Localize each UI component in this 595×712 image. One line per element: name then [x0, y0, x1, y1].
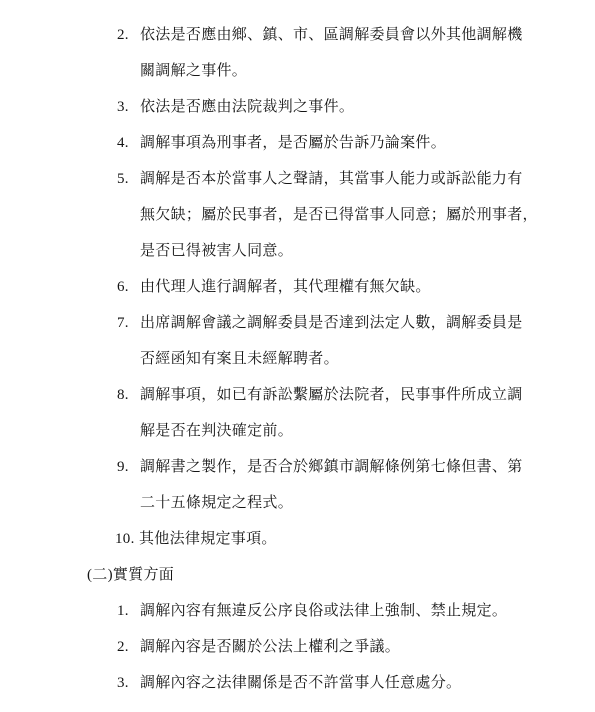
list-item: 5.調解是否本於當事人之聲請，其當事人能力或訴訟能力有 無欠缺；屬於民事者，是否… [0, 161, 595, 269]
item-number: 9. [117, 449, 140, 485]
item-text: 調解事項為刑事者，是否屬於告訴乃論案件。 [140, 135, 446, 151]
item-text: 調解是否本於當事人之聲請，其當事人能力或訴訟能力有 [140, 171, 523, 187]
item-text-continuation: 否經函知有案且未經解聘者。 [140, 341, 595, 377]
item-text-continuation: 解是否在判決確定前。 [140, 413, 595, 449]
item-text: 調解內容有無違反公序良俗或法律上強制、禁止規定。 [140, 603, 507, 619]
item-text: 其他法律規定事項。 [139, 531, 277, 547]
list-item: 6.由代理人進行調解者，其代理權有無欠缺。 [0, 269, 595, 305]
document-page: 2.依法是否應由鄉、鎮、市、區調解委員會以外其他調解機 關調解之事件。 3.依法… [0, 0, 595, 695]
item-number: 2. [117, 17, 140, 53]
item-text: 依法是否應由鄉、鎮、市、區調解委員會以外其他調解機 [140, 27, 523, 43]
item-number: 8. [117, 377, 140, 413]
list-item: 3.依法是否應由法院裁判之事件。 [0, 89, 595, 125]
section-heading: (二)實質方面 [87, 557, 595, 593]
item-text-continuation: 無欠缺；屬於民事者，是否已得當事人同意；屬於刑事者， [140, 197, 595, 233]
item-text: 調解事項，如已有訴訟繫屬於法院者，民事事件所成立調 [140, 387, 523, 403]
list-item: 2.調解內容是否關於公法上權利之爭議。 [0, 629, 595, 665]
item-number: 3. [117, 665, 140, 701]
list-item: 7.出席調解會議之調解委員是否達到法定人數，調解委員是 否經函知有案且未經解聘者… [0, 305, 595, 377]
item-number: 7. [117, 305, 140, 341]
item-text: 依法是否應由法院裁判之事件。 [140, 99, 354, 115]
item-number: 4. [117, 125, 140, 161]
item-number: 3. [117, 89, 140, 125]
item-number: 10. [115, 521, 139, 557]
item-text: 出席調解會議之調解委員是否達到法定人數，調解委員是 [140, 315, 523, 331]
item-text-continuation: 是否已得被害人同意。 [140, 233, 595, 269]
list-item: 1.調解內容有無違反公序良俗或法律上強制、禁止規定。 [0, 593, 595, 629]
item-number: 1. [117, 593, 140, 629]
list-item: 8.調解事項，如已有訴訟繫屬於法院者，民事事件所成立調 解是否在判決確定前。 [0, 377, 595, 449]
list-item: 2.依法是否應由鄉、鎮、市、區調解委員會以外其他調解機 關調解之事件。 [0, 17, 595, 89]
item-text: 調解內容是否關於公法上權利之爭議。 [140, 639, 400, 655]
item-number: 5. [117, 161, 140, 197]
item-number: 2. [117, 629, 140, 665]
item-text: 調解內容之法律關係是否不許當事人任意處分。 [140, 675, 461, 691]
item-text: 調解書之製作，是否合於鄉鎮市調解條例第七條但書、第 [140, 459, 523, 475]
list-item: 10.其他法律規定事項。 [0, 521, 595, 557]
item-text-continuation: 二十五條規定之程式。 [140, 485, 595, 521]
item-text-continuation: 關調解之事件。 [140, 53, 595, 89]
list-item: 3.調解內容之法律關係是否不許當事人任意處分。 [0, 665, 595, 701]
list-item: 4.調解事項為刑事者，是否屬於告訴乃論案件。 [0, 125, 595, 161]
item-text: 由代理人進行調解者，其代理權有無欠缺。 [140, 279, 431, 295]
item-number: 6. [117, 269, 140, 305]
list-item: 9.調解書之製作，是否合於鄉鎮市調解條例第七條但書、第 二十五條規定之程式。 [0, 449, 595, 521]
